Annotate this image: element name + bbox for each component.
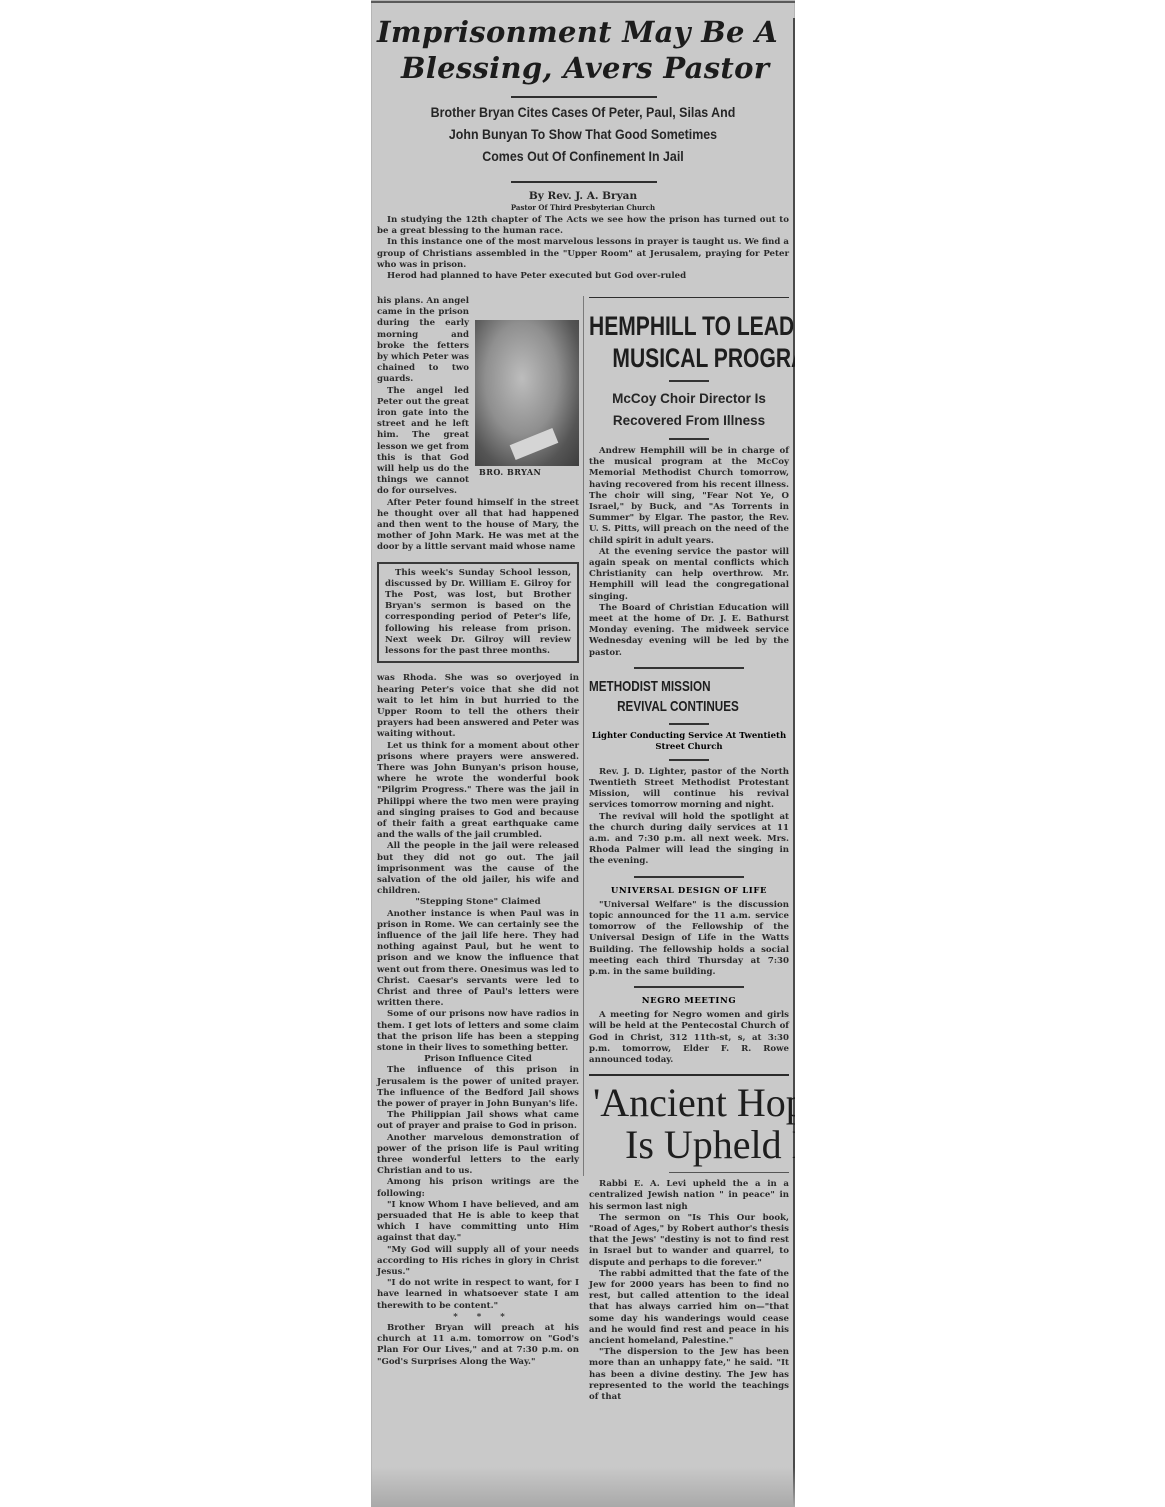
universal-body: "Universal Welfare" is the discussion to…	[589, 900, 789, 978]
paragraph: The rabbi admitted that the fate of the …	[589, 1269, 789, 1347]
column-separator	[583, 296, 584, 1176]
universal-headline: UNIVERSAL DESIGN OF LIFE	[589, 886, 789, 896]
divider	[634, 876, 744, 878]
pastor-photo: BRO. BRYAN	[475, 320, 579, 466]
methodist-deck: Lighter Conducting Service At Twentieth …	[589, 731, 789, 753]
deck-line-1: Brother Bryan Cites Cases Of Peter, Paul…	[393, 102, 772, 124]
deck-line-2: John Bunyan To Show That Good Sometimes	[393, 124, 772, 146]
column-rule	[793, 18, 795, 1507]
paragraph: Among his prison writings are the follow…	[377, 1177, 579, 1199]
paragraph: "Universal Welfare" is the discussion to…	[589, 900, 789, 978]
photo-caption: BRO. BRYAN	[479, 467, 541, 478]
main-headline: Imprisonment May Be A Blessing, Avers Pa…	[377, 14, 787, 86]
subhead: "Stepping Stone" Claimed	[377, 897, 579, 908]
divider	[669, 723, 709, 725]
section-break: * * *	[377, 1312, 579, 1323]
byline: By Rev. J. A. Bryan Pastor Of Third Pres…	[377, 190, 789, 212]
sunday-school-note-box: This week's Sunday School lesson, discus…	[377, 562, 579, 664]
paragraph: In studying the 12th chapter of The Acts…	[377, 215, 789, 237]
headline-divider	[511, 96, 657, 98]
paragraph: All the people in the jail were released…	[377, 841, 579, 897]
paragraph: "I do not write in respect to want, for …	[377, 1278, 579, 1312]
hemphill-headline-1: HEMPHILL TO LEAD	[589, 310, 789, 342]
deck-divider	[511, 181, 657, 183]
paragraph: The Philippian Jail shows what came out …	[377, 1110, 579, 1132]
divider	[669, 759, 709, 761]
paragraph: The influence of this prison in Jerusale…	[377, 1065, 579, 1110]
paragraph: Brother Bryan will preach at his church …	[377, 1323, 579, 1368]
main-article-column: BRO. BRYAN his plans. An angel came in t…	[377, 296, 579, 1368]
divider	[634, 986, 744, 988]
paragraph: The sermon on "Is This Our book, "Road o…	[589, 1213, 789, 1269]
methodist-headline: METHODIST MISSION REVIVAL CONTINUES	[589, 677, 789, 717]
paragraph: Herod had planned to have Peter executed…	[377, 271, 789, 282]
hemphill-deck-1: McCoy Choir Director Is	[589, 388, 789, 410]
paragraph: At the evening service the pastor will a…	[589, 547, 789, 603]
paragraph: was Rhoda. She was so overjoyed in heari…	[377, 673, 579, 740]
byline-title: Pastor Of Third Presbyterian Church	[377, 203, 789, 212]
methodist-body: Rev. J. D. Lighter, pastor of the North …	[589, 767, 789, 868]
divider	[669, 380, 709, 382]
photo-collar	[510, 428, 559, 460]
hemphill-deck-2: Recovered From Illness	[589, 410, 789, 432]
main-deck: Brother Bryan Cites Cases Of Peter, Paul…	[393, 102, 772, 168]
paragraph: In this instance one of the most marvelo…	[377, 237, 789, 271]
hemphill-deck: McCoy Choir Director Is Recovered From I…	[589, 388, 789, 432]
paragraph: Andrew Hemphill will be in charge of the…	[589, 446, 789, 547]
hemphill-body: Andrew Hemphill will be in charge of the…	[589, 446, 789, 659]
divider	[669, 438, 709, 440]
hemphill-headline: HEMPHILL TO LEAD MUSICAL PROGRAM	[589, 310, 789, 374]
article-body-bottom: was Rhoda. She was so overjoyed in heari…	[377, 673, 579, 1368]
paragraph: Another instance is when Paul was in pri…	[377, 909, 579, 1010]
subhead: Prison Influence Cited	[377, 1054, 579, 1065]
paragraph: "I know Whom I have believed, and am per…	[377, 1200, 579, 1245]
ancient-headline-2: Is Upheld E	[589, 1124, 789, 1166]
methodist-headline-2: REVIVAL CONTINUES	[589, 697, 789, 717]
negro-meeting-headline: NEGRO MEETING	[589, 996, 789, 1006]
paragraph: Rabbi E. A. Levi upheld the a in a centr…	[589, 1179, 789, 1213]
divider	[669, 1172, 789, 1173]
newspaper-clipping: Imprisonment May Be A Blessing, Avers Pa…	[371, 0, 795, 1507]
paragraph: "The dispersion to the Jew has been more…	[589, 1347, 789, 1403]
right-column: HEMPHILL TO LEAD MUSICAL PROGRAM McCoy C…	[589, 296, 789, 1403]
deck-line-3: Comes Out Of Confinement In Jail	[393, 146, 772, 168]
paragraph: After Peter found himself in the street …	[377, 498, 579, 554]
top-rule	[371, 1, 795, 3]
negro-meeting-body: A meeting for Negro women and girls will…	[589, 1010, 789, 1066]
byline-name: By Rev. J. A. Bryan	[377, 190, 789, 203]
paragraph: Rev. J. D. Lighter, pastor of the North …	[589, 767, 789, 812]
paragraph: The Board of Christian Education will me…	[589, 603, 789, 659]
paragraph: "My God will supply all of your needs ac…	[377, 1245, 579, 1279]
paragraph: Some of our prisons now have radios in t…	[377, 1009, 579, 1054]
divider	[634, 667, 744, 669]
hemphill-headline-2: MUSICAL PROGRAM	[589, 342, 789, 374]
paragraph: Another marvelous demonstration of power…	[377, 1133, 579, 1178]
lead-paragraphs: In studying the 12th chapter of The Acts…	[377, 215, 789, 282]
box-note-text: This week's Sunday School lesson, discus…	[385, 568, 571, 658]
methodist-headline-1: METHODIST MISSION	[589, 677, 789, 697]
paragraph: A meeting for Negro women and girls will…	[589, 1010, 789, 1066]
headline-line-2: Blessing, Avers Pastor	[377, 50, 787, 86]
paragraph: Let us think for a moment about other pr…	[377, 741, 579, 842]
ancient-hope-headline: 'Ancient Hop Is Upheld E	[589, 1082, 789, 1166]
headline-line-1: Imprisonment May Be A	[377, 14, 787, 50]
paragraph: The revival will hold the spotlight at t…	[589, 812, 789, 868]
ancient-headline-1: 'Ancient Hop	[589, 1082, 789, 1124]
ancient-hope-body: Rabbi E. A. Levi upheld the a in a centr…	[589, 1179, 789, 1403]
section-rule	[589, 1074, 789, 1076]
